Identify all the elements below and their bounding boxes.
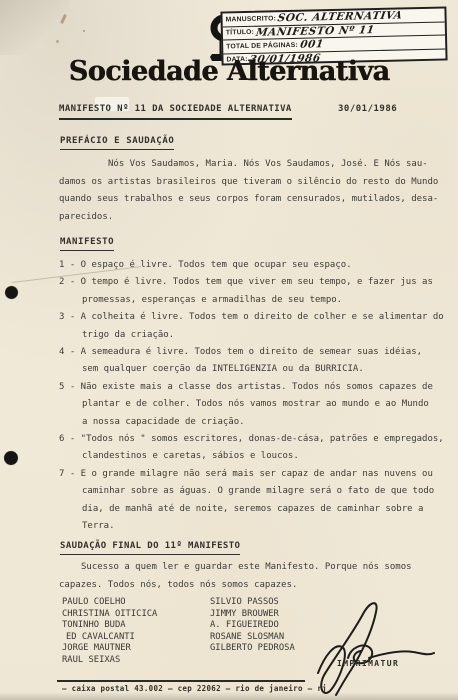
manifesto-item-7: 7 - E o grande milagre não será mais ser… bbox=[59, 466, 455, 536]
signatory-name: ROSANE SLOSMAN bbox=[210, 632, 295, 644]
stain-speck bbox=[56, 40, 59, 43]
masthead-title: Sociedade Alternativa bbox=[0, 56, 458, 87]
signatories-column-2: SILVIO PASSOS JIMMY BROUWER A. FIGUEIRED… bbox=[210, 597, 295, 655]
footer-address: — caixa postal 43.002 — cep 22062 — rio … bbox=[62, 684, 327, 693]
stamp-label: MANUSCRITO: bbox=[226, 15, 277, 23]
manifesto-item-2: 2 - O tempo é livre. Todos tem que viver… bbox=[59, 274, 455, 309]
imprimatur-label: IMPRIMATUR bbox=[337, 659, 399, 668]
signatory-name: ED CAVALCANTI bbox=[62, 632, 157, 644]
manifesto-item-5: 5 - Não existe mais a classe dos artista… bbox=[59, 379, 455, 431]
final-salutation-heading-text: SAUDAÇÃO FINAL DO 11º MANIFESTO bbox=[60, 541, 240, 555]
stamp-label: TÍTULO: bbox=[226, 29, 254, 37]
scanned-document-page: MANUSCRITO: SOC. ALTERNATIVA TÍTULO: MAN… bbox=[0, 0, 458, 700]
preface-heading: PREFÁCIO E SAUDAÇÃO bbox=[60, 136, 174, 150]
signatory-name: TONINHO BUDA bbox=[62, 620, 157, 632]
document-title: MANIFESTO Nº 11 DA SOCIEDADE ALTERNATIVA bbox=[59, 104, 292, 120]
signatory-name: RAUL SEIXAS bbox=[62, 655, 157, 667]
footer-rule bbox=[57, 680, 305, 682]
manifesto-heading: MANIFESTO bbox=[60, 237, 114, 251]
stamp-handwritten-value: 001 bbox=[299, 39, 324, 50]
manifesto-item-3: 3 - A colheita é livre. Todos tem o dire… bbox=[59, 309, 455, 344]
ink-blot bbox=[3, 450, 18, 465]
final-salutation-body: Sucesso a quem ler e guardar este Manife… bbox=[59, 559, 455, 594]
stamp-label: TOTAL DE PÁGINAS: bbox=[226, 42, 298, 51]
manifesto-item-4: 4 - A semeadura é livre. Todos tem o dir… bbox=[59, 344, 455, 379]
signatory-name: JORGE MAUTNER bbox=[62, 643, 157, 655]
manifesto-item-1: 1 - O espaço é livre. Todos tem que ocup… bbox=[59, 257, 455, 274]
manifesto-item-6: 6 - "Todos nós " somos escritores, donas… bbox=[59, 431, 455, 466]
stain-speck bbox=[83, 30, 85, 32]
manifesto-heading-text: MANIFESTO bbox=[60, 237, 114, 251]
document-date: 30/01/1986 bbox=[338, 104, 397, 114]
signatory-name: SILVIO PASSOS bbox=[210, 597, 295, 609]
scan-corner-shade bbox=[0, 0, 70, 55]
preface-heading-text: PREFÁCIO E SAUDAÇÃO bbox=[60, 136, 174, 150]
ink-blot bbox=[4, 285, 19, 300]
signatories-column-1: PAULO COELHO CHRISTINA OITICICA TONINHO … bbox=[62, 597, 157, 667]
final-salutation-heading: SAUDAÇÃO FINAL DO 11º MANIFESTO bbox=[60, 541, 240, 555]
signatory-name: JIMMY BROUWER bbox=[210, 609, 295, 621]
manifesto-items: 1 - O espaço é livre. Todos tem que ocup… bbox=[59, 257, 455, 536]
stamp-handwritten-value: MANIFESTO Nº 11 bbox=[255, 25, 375, 38]
stamp-handwritten-value: SOC. ALTERNATIVA bbox=[277, 11, 403, 24]
signatory-name: CHRISTINA OITICICA bbox=[62, 609, 157, 621]
signatory-name: GILBERTO PEDROSA bbox=[210, 643, 295, 655]
signatory-name: A. FIGUEIREDO bbox=[210, 620, 295, 632]
preface-body: Nós Vos Saudamos, Maria. Nós Vos Saudamo… bbox=[59, 156, 455, 226]
signatory-name: PAULO COELHO bbox=[62, 597, 157, 609]
